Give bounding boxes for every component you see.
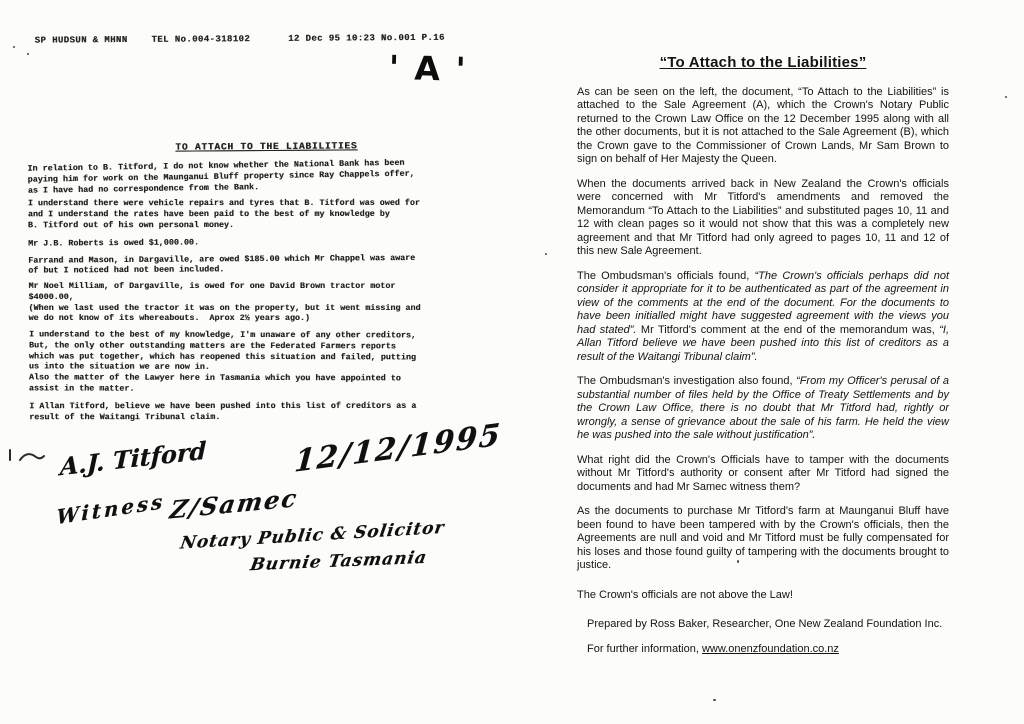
text-segment: As the documents to purchase Mr Titford'… — [577, 505, 949, 571]
website-link[interactable]: www.onenzfoundation.co.nz — [702, 643, 839, 655]
fax-paragraph: Mr Noel Milliam, of Dargaville, is owed … — [28, 281, 506, 324]
fax-header: SP HUDSUN & MHNN TEL No.004-318102 12 De… — [27, 32, 505, 45]
fax-paragraph: I understand to the best of my knowledge… — [29, 330, 507, 396]
article-paragraph: As can be seen on the left, the document… — [577, 86, 949, 167]
text-segment: Prepared by Ross Baker, Researcher, One … — [587, 618, 942, 630]
text-segment: The Ombudsman's officials found, — [577, 270, 754, 282]
handwritten-letter-a: ' A ' — [388, 48, 468, 89]
article-title: “To Attach to the Liabilities” — [577, 56, 949, 70]
text-segment: As can be seen on the left, the document… — [577, 86, 949, 166]
fax-sender: SP HUDSUN & MHNN — [35, 35, 128, 46]
article-paragraph: As the documents to purchase Mr Titford'… — [577, 505, 949, 573]
witness-label: Witness — [56, 489, 165, 529]
text-segment: What right did the Crown's Officials hav… — [577, 454, 949, 493]
fax-paragraph: In relation to B. Titford, I do not know… — [27, 156, 505, 196]
fax-timestamp: 12 Dec 95 10:23 No.001 P.16 — [288, 33, 445, 44]
fax-tel-number: TEL No.004-318102 — [151, 34, 250, 45]
scanned-page: SP HUDSUN & MHNN TEL No.004-318102 12 De… — [0, 0, 1024, 724]
margin-scribble-icon — [6, 444, 50, 472]
text-segment: The Ombudsman's investigation also found… — [577, 375, 796, 387]
fax-paragraph: Farrand and Mason, in Dargaville, are ow… — [28, 252, 506, 277]
scan-artifact — [1005, 96, 1007, 98]
witness-location: Burnie Tasmania — [249, 548, 429, 576]
scan-artifact — [13, 46, 15, 48]
article-paragraph: The Ombudsman's officials found, “The Cr… — [577, 270, 949, 365]
scan-artifact — [27, 53, 29, 55]
fax-title: TO ATTACH TO THE LIABILITIES — [27, 139, 505, 153]
article-paragraph: The Ombudsman's investigation also found… — [577, 375, 949, 443]
fax-paragraph: I Allan Titford, believe we have been pu… — [29, 401, 507, 423]
signature-date: 12/12/1995 — [293, 417, 503, 480]
text-segment: Mr Titford's comment at the end of the m… — [636, 324, 939, 336]
fax-paragraph: I understand there were vehicle repairs … — [28, 198, 506, 231]
titford-signature: A.J. Titford — [60, 436, 207, 482]
prepared-by-line: Prepared by Ross Baker, Researcher, One … — [587, 618, 949, 632]
more-info-line: For further information, www.onenzfounda… — [587, 643, 949, 657]
article-paragraph: What right did the Crown's Officials hav… — [577, 454, 949, 495]
scan-artifact — [713, 699, 716, 701]
article-paragraph: The Crown's officials are not above the … — [577, 589, 949, 603]
text-segment: The Crown's officials are not above the … — [577, 589, 793, 601]
scan-artifact — [545, 253, 547, 255]
article-paragraph: When the documents arrived back in New Z… — [577, 178, 949, 259]
fax-paragraph: Mr J.B. Roberts is owed $1,000.00. — [28, 235, 506, 249]
text-segment: For further information, — [587, 643, 702, 655]
article-document: “To Attach to the Liabilities” As can be… — [577, 56, 949, 667]
fax-body: In relation to B. Titford, I do not know… — [28, 158, 508, 424]
text-segment: When the documents arrived back in New Z… — [577, 178, 949, 258]
scan-artifact — [737, 560, 739, 563]
fax-document: SP HUDSUN & MHNN TEL No.004-318102 12 De… — [27, 32, 508, 430]
witness-signature: Z/Samec — [168, 483, 300, 525]
